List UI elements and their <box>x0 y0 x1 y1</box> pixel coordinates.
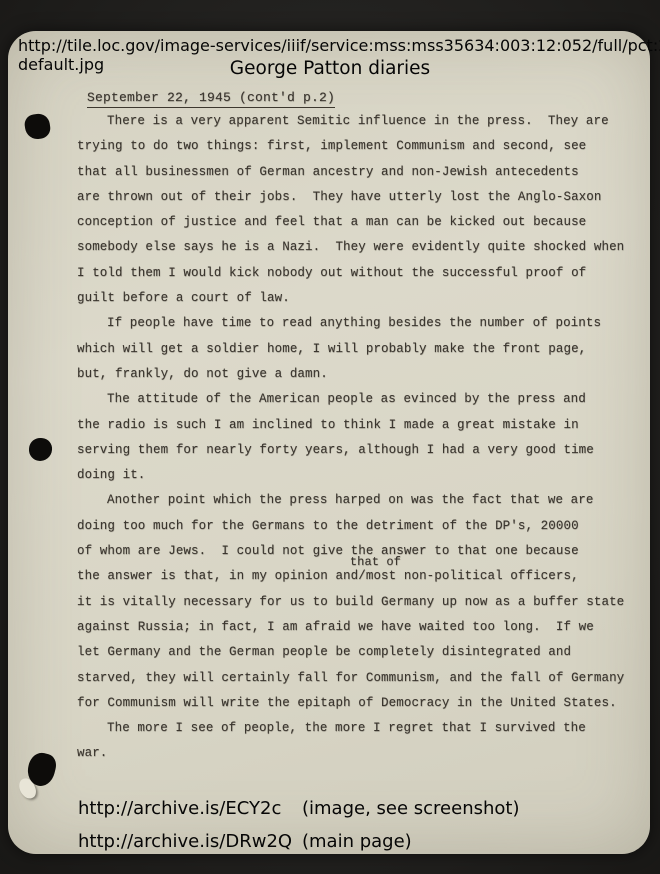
typed-line: The attitude of the American people as e… <box>77 392 624 417</box>
typed-line: against Russia; in fact, I am afraid we … <box>77 620 624 645</box>
hole-punch-middle <box>28 437 53 462</box>
typed-line: There is a very apparent Semitic influen… <box>77 114 624 139</box>
typed-line: the radio is such I am inclined to think… <box>77 418 624 443</box>
scanned-paper: September 22, 1945 (cont'd p.2) There is… <box>8 31 650 854</box>
archive-link-url: http://archive.is/ECY2c <box>78 798 302 819</box>
typed-line: I told them I would kick nobody out with… <box>77 266 624 291</box>
archive-link-url: http://archive.is/DRw2Q <box>78 831 302 852</box>
page-title: George Patton diaries <box>0 58 660 79</box>
typed-line: for Communism will write the epitaph of … <box>77 696 624 721</box>
typed-line: somebody else says he is a Nazi. They we… <box>77 240 624 265</box>
typed-line: Another point which the press harped on … <box>77 493 624 518</box>
typed-line: If people have time to read anything bes… <box>77 316 624 341</box>
hole-punch-top <box>23 112 51 140</box>
archive-link-note: (image, see screenshot) <box>302 798 520 819</box>
insertion-anchor: that ofmost non-political officers, <box>366 569 579 583</box>
typed-line: doing it. <box>77 468 624 493</box>
typed-line: which will get a soldier home, I will pr… <box>77 342 624 367</box>
page-background: September 22, 1945 (cont'd p.2) There is… <box>0 0 660 874</box>
source-url-line-1: http://tile.loc.gov/image-services/iiif/… <box>18 36 660 55</box>
diary-heading: September 22, 1945 (cont'd p.2) <box>87 90 335 108</box>
diary-body: There is a very apparent Semitic influen… <box>77 114 624 772</box>
typed-line: that all businessmen of German ancestry … <box>77 165 624 190</box>
typed-line: are thrown out of their jobs. They have … <box>77 190 624 215</box>
typed-line: guilt before a court of law. <box>77 291 624 316</box>
insertion-pre-text: the answer is that, in my opinion and/ <box>77 569 366 583</box>
interline-insertion: that of <box>350 555 401 569</box>
archive-link-row: http://archive.is/ECY2c(image, see scree… <box>78 798 520 831</box>
typed-line-with-insertion: the answer is that, in my opinion and/th… <box>77 569 624 594</box>
typed-line: The more I see of people, the more I reg… <box>77 721 624 746</box>
typed-line: conception of justice and feel that a ma… <box>77 215 624 240</box>
typed-line: serving them for nearly forty years, alt… <box>77 443 624 468</box>
archive-links: http://archive.is/ECY2c(image, see scree… <box>78 798 520 864</box>
archive-link-note: (main page) <box>302 831 412 852</box>
typed-line: it is vitally necessary for us to build … <box>77 595 624 620</box>
insertion-post-text: most non-political officers, <box>366 569 579 583</box>
typed-line: war. <box>77 746 624 771</box>
archive-link-row: http://archive.is/DRw2Q(main page) <box>78 831 520 864</box>
typed-line: let Germany and the German people be com… <box>77 645 624 670</box>
typed-line: trying to do two things: first, implemen… <box>77 139 624 164</box>
typed-line: starved, they will certainly fall for Co… <box>77 671 624 696</box>
typed-line: but, frankly, do not give a damn. <box>77 367 624 392</box>
typed-line: doing too much for the Germans to the de… <box>77 519 624 544</box>
